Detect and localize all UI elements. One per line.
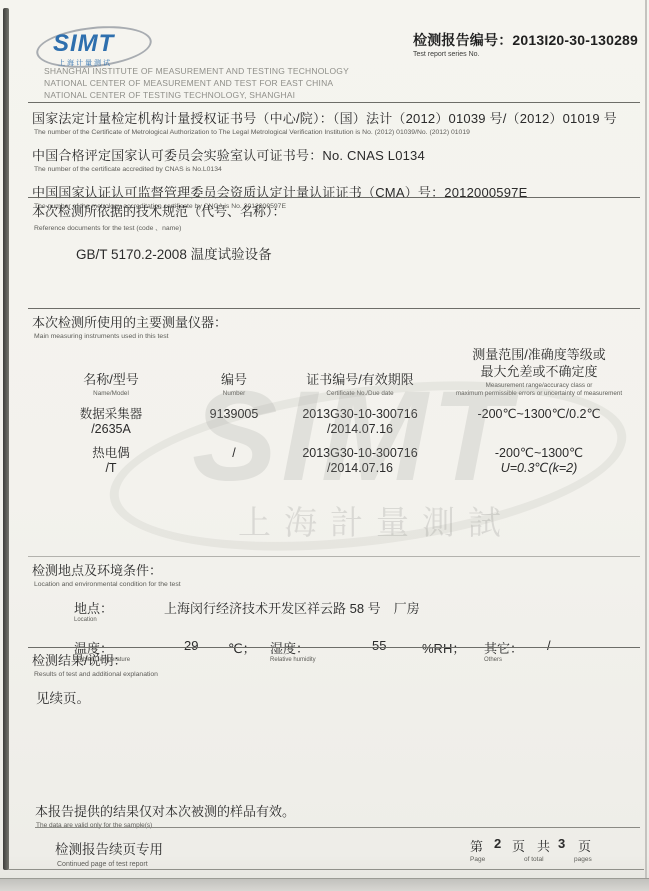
humidity-value: 55 <box>372 638 386 653</box>
others-label: 其它： Others <box>484 638 523 663</box>
column-header-en: Certificate No./Due date <box>326 390 393 398</box>
watermark-subtext: 上海計量測試 <box>238 497 514 544</box>
column-header-en: Name/Model <box>93 390 129 398</box>
column-header-name-model: 名称/型号 Name/Model <box>32 346 190 398</box>
instrument-model: /T <box>32 461 190 476</box>
scan-bottom-strip <box>0 878 649 891</box>
page-word-di: 第 <box>470 836 483 855</box>
certificate-due-date: /2014.07.16 <box>278 422 442 437</box>
results-section: 检测结果/说明： Results of test and additional … <box>32 650 158 707</box>
report-number-label: 检测报告编号： <box>413 32 512 48</box>
reference-documents-section: 本次检测所依据的技术规范（代号、名称）： Reference documents… <box>32 201 286 263</box>
instrument-name: 数据采集器 <box>32 407 190 422</box>
header-divider <box>28 102 640 103</box>
institute-line-1: SHANGHAI INSTITUTE OF MEASUREMENT AND TE… <box>44 65 349 77</box>
table-row-cell: -200℃~1300℃/0.2℃ <box>442 398 636 437</box>
report-number-sublabel: Test report series No. <box>413 51 638 58</box>
table-row-cell: -200℃~1300℃ U=0.3℃(k=2) <box>442 437 636 476</box>
instruments-divider <box>28 308 640 309</box>
certificate-no: 2013G30-10-300716 <box>278 446 442 461</box>
column-header-zh: 最大允差或不确定度 <box>480 363 597 380</box>
location-row: 地点： Location 上海闵行经济技术开发区祥云路 58 号 厂房 <box>32 598 640 628</box>
table-row-cell: / <box>190 437 278 476</box>
measurement-uncertainty: U=0.3℃(k=2) <box>442 461 636 476</box>
footer-continued-page: 检测报告续页专用 Continued page of test report <box>55 838 163 868</box>
table-row-cell: 2013G30-10-300716 /2014.07.16 <box>278 437 442 476</box>
page-sub-oftotal: of total <box>524 856 544 863</box>
certification-en: The number of the Certificate of Metrolo… <box>34 129 640 136</box>
environment-title-en: Location and environmental condition for… <box>34 581 640 588</box>
page-word-ye1: 页 <box>512 836 525 855</box>
scan-edge-right <box>645 0 647 878</box>
certification-divider <box>28 197 640 198</box>
reference-title-zh: 本次检测所依据的技术规范（代号、名称）： <box>32 201 286 220</box>
measurement-range: -200℃~1300℃/0.2℃ <box>442 407 636 422</box>
page-sub-pages: pages <box>574 856 592 863</box>
column-header-zh: 证书编号/有效期限 <box>306 371 414 388</box>
report-number-value: 2013I20-30-130289 <box>512 32 638 48</box>
column-header-en: maximum permissible errors or uncertaint… <box>456 390 622 398</box>
report-number-block: 检测报告编号：2013I20-30-130289 Test report ser… <box>413 30 638 58</box>
certification-zh: 国家法定计量检定机构计量授权证书号（中心/院）：（国）法计（2012）01039… <box>32 108 640 127</box>
institute-line-3: NATIONAL CENTER OF TESTING TECHNOLOGY, S… <box>44 89 349 101</box>
table-row-cell: 热电偶 /T <box>32 437 190 476</box>
instruments-table: 名称/型号 Name/Model 编号 Number 证书编号/有效期限 Cer… <box>32 346 636 476</box>
column-header-en: Measurement range/accuracy class or <box>486 382 593 390</box>
humidity-label: 湿度： Relative humidity <box>270 638 316 663</box>
certification-item: 中国合格评定国家认可委员会实验室认可证书号：No. CNAS L0134 The… <box>32 145 640 173</box>
table-row-cell: 2013G30-10-300716 /2014.07.16 <box>278 398 442 437</box>
instruments-title-zh: 本次检测所使用的主要测量仪器： <box>32 312 636 331</box>
validity-underline <box>35 827 640 828</box>
page-word-ye2: 页 <box>578 836 591 855</box>
environment-divider <box>28 556 640 557</box>
page-current: 2 <box>494 836 501 851</box>
simt-logo-text: SIMT <box>53 30 114 58</box>
report-number: 检测报告编号：2013I20-30-130289 <box>413 30 638 50</box>
page-word-gong: 共 <box>537 836 550 855</box>
temperature-value: 29 <box>184 638 198 653</box>
certification-zh: 中国合格评定国家认可委员会实验室认可证书号：No. CNAS L0134 <box>32 145 640 164</box>
certification-item: 国家法定计量检定机构计量授权证书号（中心/院）：（国）法计（2012）01039… <box>32 108 640 136</box>
certificate-no: 2013G30-10-300716 <box>278 407 442 422</box>
page-total: 3 <box>558 836 565 851</box>
column-header-number: 编号 Number <box>190 346 278 398</box>
results-title-en: Results of test and additional explanati… <box>34 671 158 678</box>
page-sub-page: Page <box>470 856 485 863</box>
table-row-cell: 数据采集器 /2635A <box>32 398 190 437</box>
reference-title-en: Reference documents for the test (code 、… <box>34 222 286 232</box>
instrument-model: /2635A <box>32 422 190 437</box>
location-label-zh: 地点： <box>74 598 113 617</box>
instrument-number: 9139005 <box>190 407 278 422</box>
scanned-test-report-page: SIMT 上海计量测试 检测报告编号：2013I20-30-130289 Tes… <box>0 0 649 891</box>
column-header-zh: 编号 <box>221 371 247 388</box>
institute-line-2: NATIONAL CENTER OF MEASUREMENT AND TEST … <box>44 77 349 89</box>
results-title-zh: 检测结果/说明： <box>32 650 158 669</box>
validity-zh: 本报告提供的结果仅对本次被测的样品有效。 <box>35 801 295 820</box>
others-value: / <box>547 638 551 653</box>
location-label: 地点： Location <box>74 598 113 623</box>
certification-en: The number of the certificate accredited… <box>34 166 640 173</box>
column-header-range: 测量范围/准确度等级或 最大允差或不确定度 Measurement range/… <box>442 346 636 398</box>
column-header-zh: 测量范围/准确度等级或 <box>472 346 606 363</box>
others-label-en: Others <box>484 657 523 663</box>
humidity-label-en: Relative humidity <box>270 657 316 663</box>
column-header-zh: 名称/型号 <box>83 371 139 388</box>
page-number-block: 第 2 页 共 3 页 Page of total pages <box>462 836 622 870</box>
instruments-section: 本次检测所使用的主要测量仪器： Main measuring instrumen… <box>32 312 636 476</box>
validity-note: 本报告提供的结果仅对本次被测的样品有效。 The data are valid … <box>35 801 295 829</box>
results-value: 见续页。 <box>36 687 158 707</box>
instruments-title-en: Main measuring instruments used in this … <box>34 333 636 340</box>
instrument-number: / <box>190 446 278 461</box>
measurement-range: -200℃~1300℃ <box>442 446 636 461</box>
location-value: 上海闵行经济技术开发区祥云路 58 号 厂房 <box>164 598 420 617</box>
footer-continued-en: Continued page of test report <box>57 861 163 868</box>
instrument-name: 热电偶 <box>32 446 190 461</box>
paper-bottom-edge <box>8 869 644 870</box>
table-row-cell: 9139005 <box>190 398 278 437</box>
column-header-en: Number <box>223 390 245 398</box>
certificate-due-date: /2014.07.16 <box>278 461 442 476</box>
institute-name-lines: SHANGHAI INSTITUTE OF MEASUREMENT AND TE… <box>44 65 349 101</box>
column-header-certificate: 证书编号/有效期限 Certificate No./Due date <box>278 346 442 398</box>
location-label-en: Location <box>74 617 113 623</box>
scan-edge-left <box>3 8 9 870</box>
certification-zh: 中国国家认证认可监督管理委员会资质认定计量认证证书（CMA）号：20120005… <box>32 182 640 201</box>
environment-title-zh: 检测地点及环境条件： <box>32 560 640 579</box>
reference-document-value: GB/T 5170.2-2008 温度试验设备 <box>76 243 286 263</box>
footer-continued-zh: 检测报告续页专用 <box>55 838 163 858</box>
results-divider <box>28 647 640 648</box>
